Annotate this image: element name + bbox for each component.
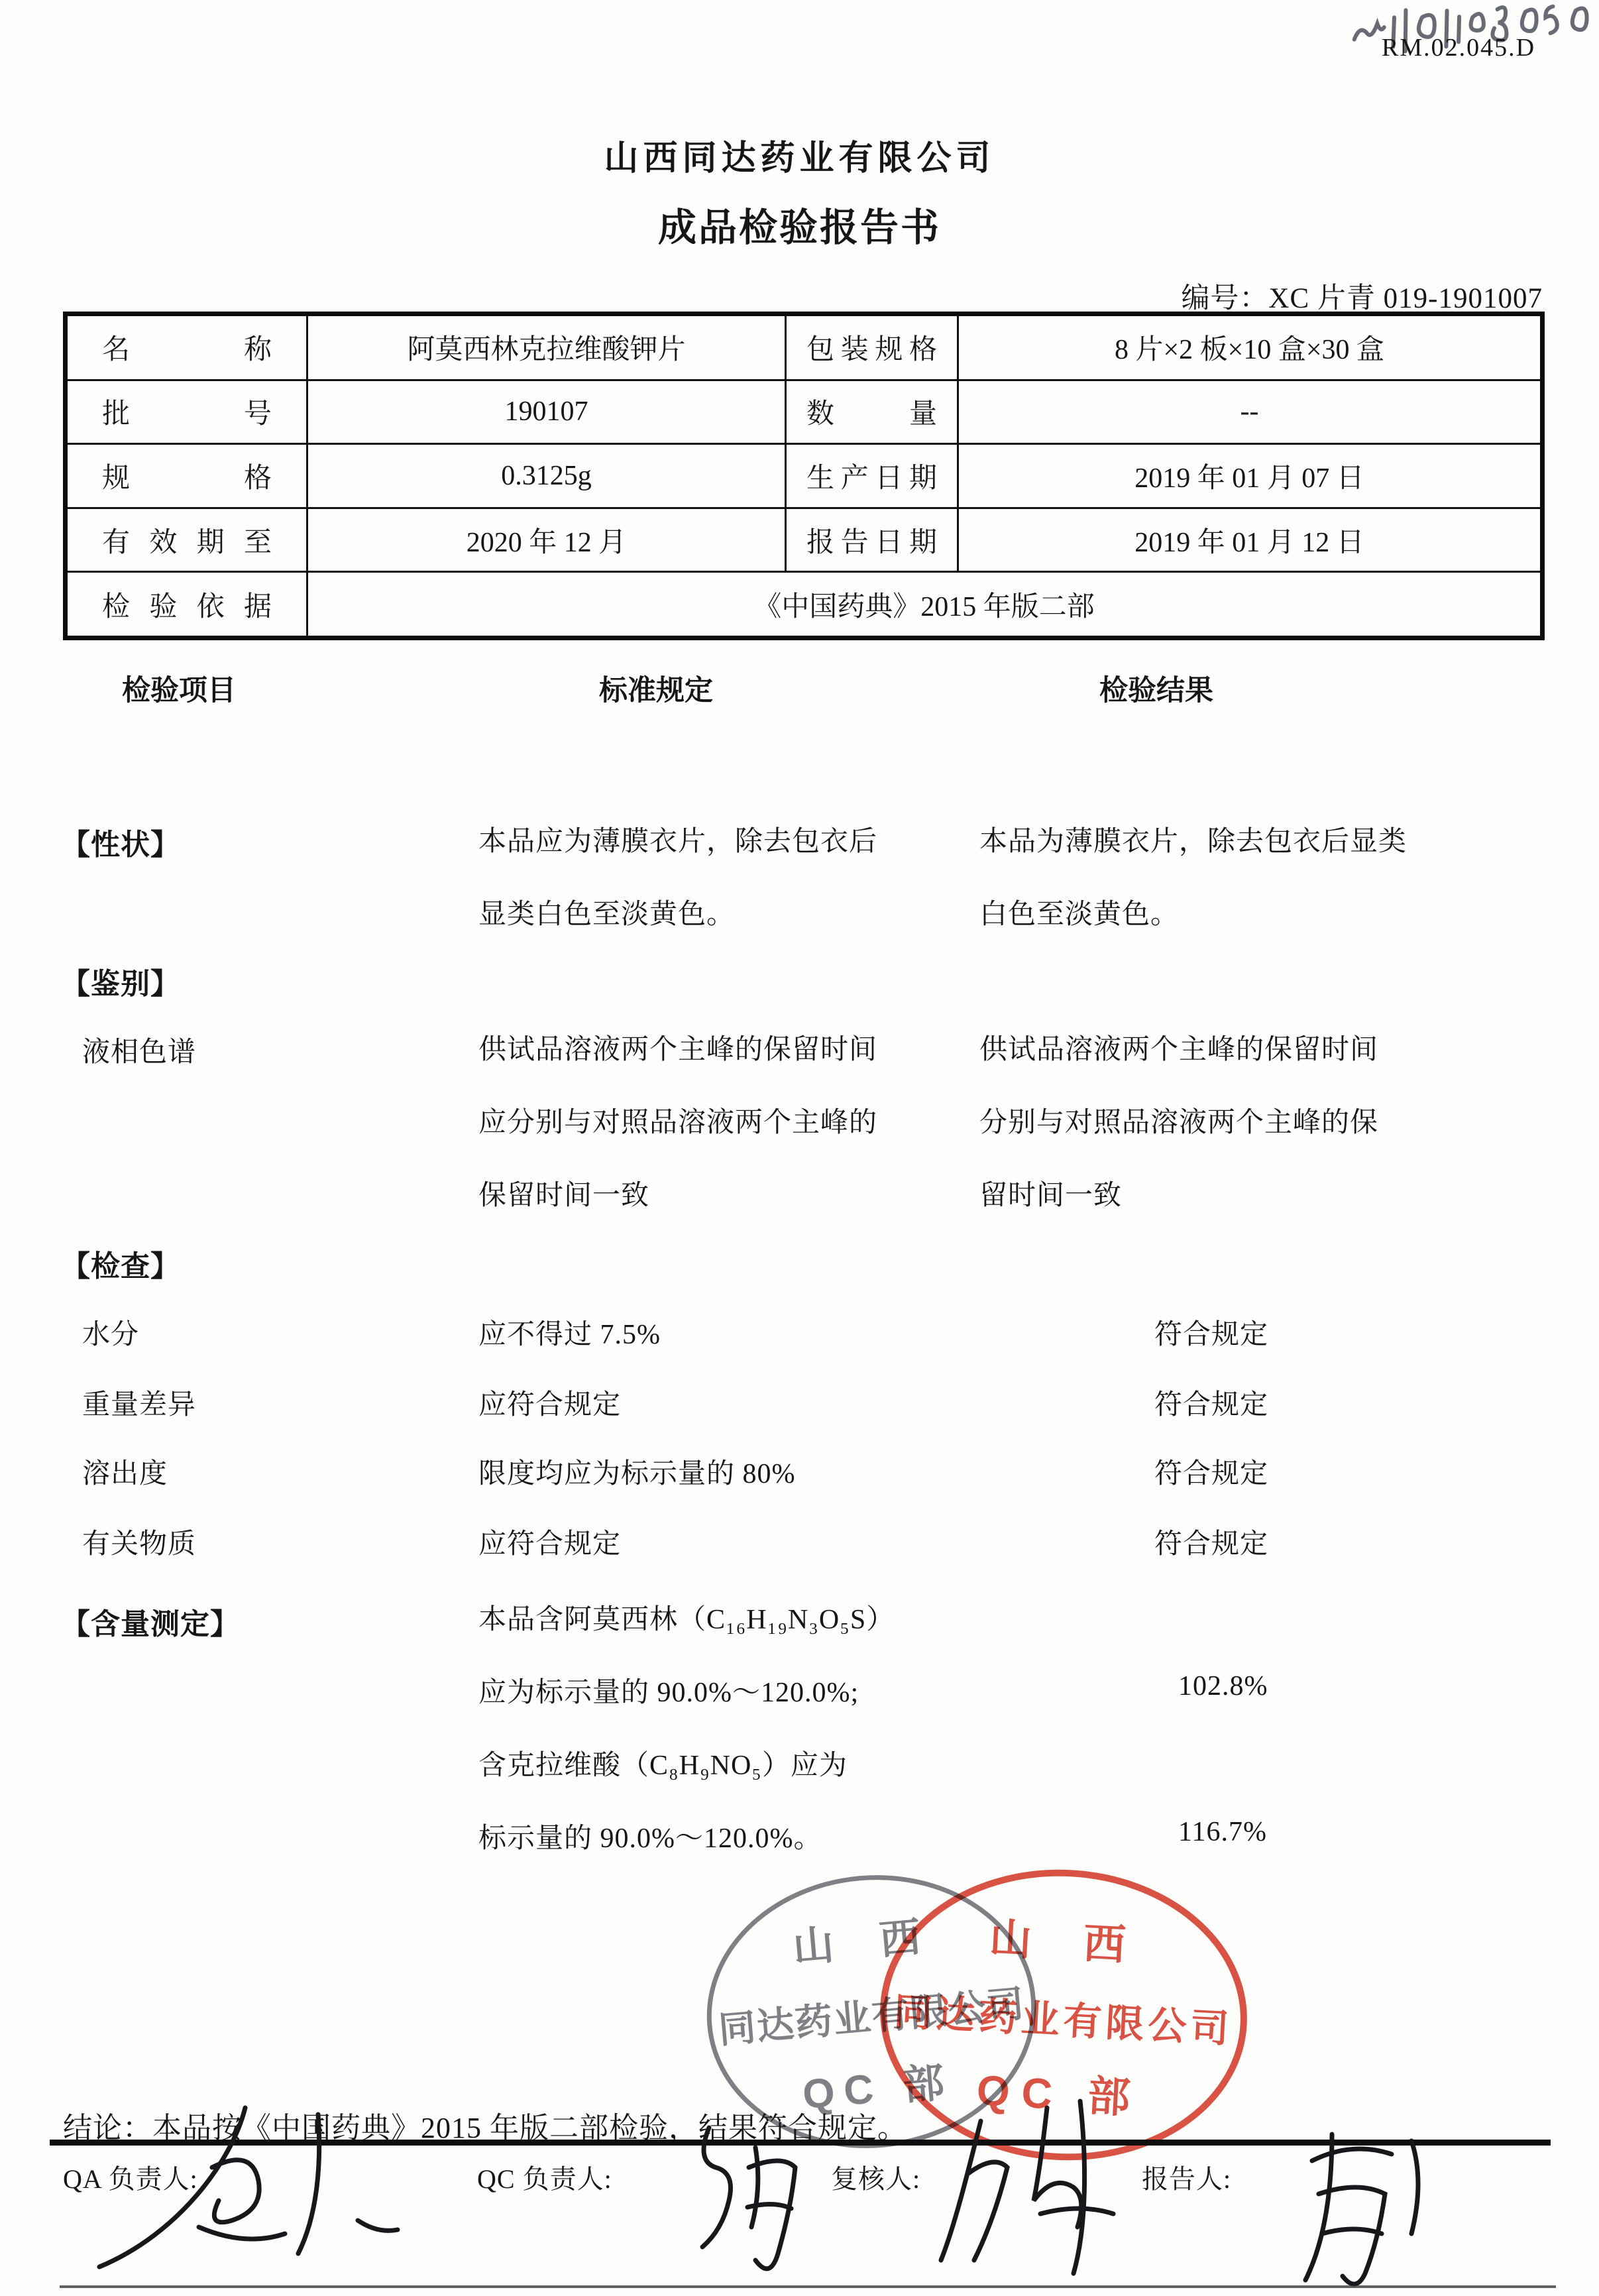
table-row: 有效期至 2020 年 12 月 报告日期 2019 年 01 月 12 日	[66, 508, 1543, 572]
spec-label: 规格	[66, 444, 307, 508]
table-row: 名称 阿莫西林克拉维酸钾片 包装规格 8 片×2 板×10 盒×30 盒	[66, 314, 1543, 380]
test-item-standard: 应符合规定	[478, 1522, 621, 1562]
section-heading-appearance: 【性状】	[61, 821, 180, 863]
batch-label: 批号	[66, 380, 307, 444]
test-item-result: 符合规定	[1154, 1383, 1268, 1422]
red-stamp-line1: 山 西	[988, 1914, 1146, 1970]
batch-value: 190107	[307, 380, 786, 444]
expiry-value: 2020 年 12 月	[307, 508, 786, 572]
test-item-name: 溶出度	[82, 1452, 168, 1491]
identification-result-line: 留时间一致	[979, 1173, 1122, 1213]
identification-result-line: 供试品溶液两个主峰的保留时间	[979, 1027, 1378, 1067]
column-header-item: 检验项目	[73, 668, 285, 709]
company-stamps: 山 西 同达药业有限公司 QC 部 山 西 同达药业有限公司 QC 部	[676, 1856, 1299, 2201]
footer-divider	[50, 2140, 1551, 2146]
report-date-value: 2019 年 01 月 12 日	[958, 508, 1543, 572]
test-item-result: 符合规定	[1154, 1522, 1268, 1562]
expiry-label: 有效期至	[66, 508, 307, 572]
table-row: 批号 190107 数量 --	[66, 380, 1543, 444]
prod-date-value: 2019 年 01 月 07 日	[958, 444, 1543, 508]
pack-spec-value: 8 片×2 板×10 盒×30 盒	[958, 314, 1543, 380]
qa-signer-label: QA 负责人:	[63, 2158, 198, 2196]
test-item-standard: 应符合规定	[478, 1383, 621, 1422]
test-item-result: 符合规定	[1154, 1452, 1268, 1491]
pack-spec-label: 包装规格	[786, 314, 958, 380]
test-item-name: 有关物质	[82, 1522, 196, 1562]
identification-standard-line: 保留时间一致	[478, 1173, 649, 1213]
prod-date-label: 生产日期	[786, 444, 958, 508]
section-heading-tests: 【检查】	[61, 1242, 180, 1285]
assay-standard-line: 含克拉维酸（C₈H₉NO₅）应为	[478, 1743, 848, 1783]
table-row: 检验依据 《中国药典》2015 年版二部	[66, 572, 1543, 638]
test-item-name: 水分	[82, 1312, 139, 1352]
quantity-label: 数量	[786, 380, 958, 444]
assay-standard-line: 应为标示量的 90.0%～120.0%;	[478, 1670, 859, 1710]
assay-standard-line: 本品含阿莫西林（C₁₆H₁₉N₃O₅S）	[478, 1597, 895, 1637]
basis-label: 检验依据	[66, 572, 307, 638]
spec-value: 0.3125g	[307, 444, 786, 508]
assay-result-value: 102.8%	[1178, 1670, 1268, 1702]
test-item-result: 符合规定	[1154, 1312, 1268, 1352]
identification-result-line: 分别与对照品溶液两个主峰的保	[979, 1100, 1378, 1140]
qc-signer-label: QC 负责人:	[477, 2158, 612, 2196]
red-stamp-line3: QC 部	[975, 2066, 1143, 2122]
reporter-label: 报告人:	[1142, 2158, 1231, 2196]
report-number: 编号：XC 片青 019-1901007	[1181, 276, 1543, 316]
identification-standard-line: 应分别与对照品溶液两个主峰的	[478, 1100, 877, 1140]
table-row: 规格 0.3125g 生产日期 2019 年 01 月 07 日	[66, 444, 1543, 508]
name-label: 名称	[66, 314, 307, 380]
gray-stamp-line1: 山 西	[791, 1913, 940, 1971]
doc-code: RM.02.045.D	[1382, 33, 1535, 62]
red-stamp-line2: 同达药业有限公司	[893, 1990, 1234, 2051]
assay-result-value: 116.7%	[1178, 1816, 1267, 1848]
gray-stamp-line2: 同达药业有限公司	[717, 1982, 1027, 2051]
appearance-standard-line: 本品应为薄膜衣片，除去包衣后	[478, 819, 877, 859]
appearance-standard-line: 显类白色至淡黄色。	[478, 892, 735, 932]
page-title: 成品检验报告书	[0, 196, 1599, 252]
qc-stamp-red: 山 西 同达药业有限公司 QC 部	[876, 1864, 1251, 2166]
quantity-value: --	[958, 380, 1543, 444]
scan-edge-line	[60, 2285, 1556, 2288]
reporter-signature	[1272, 2121, 1471, 2293]
report-date-label: 报告日期	[786, 508, 958, 572]
company-name: 山西同达药业有限公司	[0, 130, 1599, 180]
test-item-name: 重量差异	[82, 1383, 196, 1422]
name-value: 阿莫西林克拉维酸钾片	[307, 314, 786, 380]
identification-standard-line: 供试品溶液两个主峰的保留时间	[478, 1027, 877, 1067]
test-item-standard: 应不得过 7.5%	[478, 1312, 661, 1352]
reviewer-label: 复核人:	[831, 2158, 920, 2196]
section-heading-identification: 【鉴别】	[61, 960, 180, 1002]
assay-standard-line: 标示量的 90.0%～120.0%。	[478, 1816, 822, 1856]
identification-item: 液相色谱	[82, 1030, 196, 1070]
column-header-result: 检验结果	[1047, 668, 1266, 709]
test-item-standard: 限度均应为标示量的 80%	[478, 1452, 796, 1491]
column-header-standard: 标准规定	[547, 668, 765, 709]
appearance-result-line: 本品为薄膜衣片，除去包衣后显类	[979, 819, 1407, 859]
product-info-table: 名称 阿莫西林克拉维酸钾片 包装规格 8 片×2 板×10 盒×30 盒 批号 …	[63, 312, 1545, 640]
appearance-result-line: 白色至淡黄色。	[979, 892, 1179, 932]
inspection-report-page: RM.02.045.D 山西同达药业有限公司 成品检验报告书 编号：XC 片青 …	[0, 0, 1599, 2296]
section-heading-assay: 【含量测定】	[61, 1600, 240, 1642]
reviewer-signature	[928, 2081, 1146, 2293]
basis-value: 《中国药典》2015 年版二部	[307, 572, 1543, 638]
